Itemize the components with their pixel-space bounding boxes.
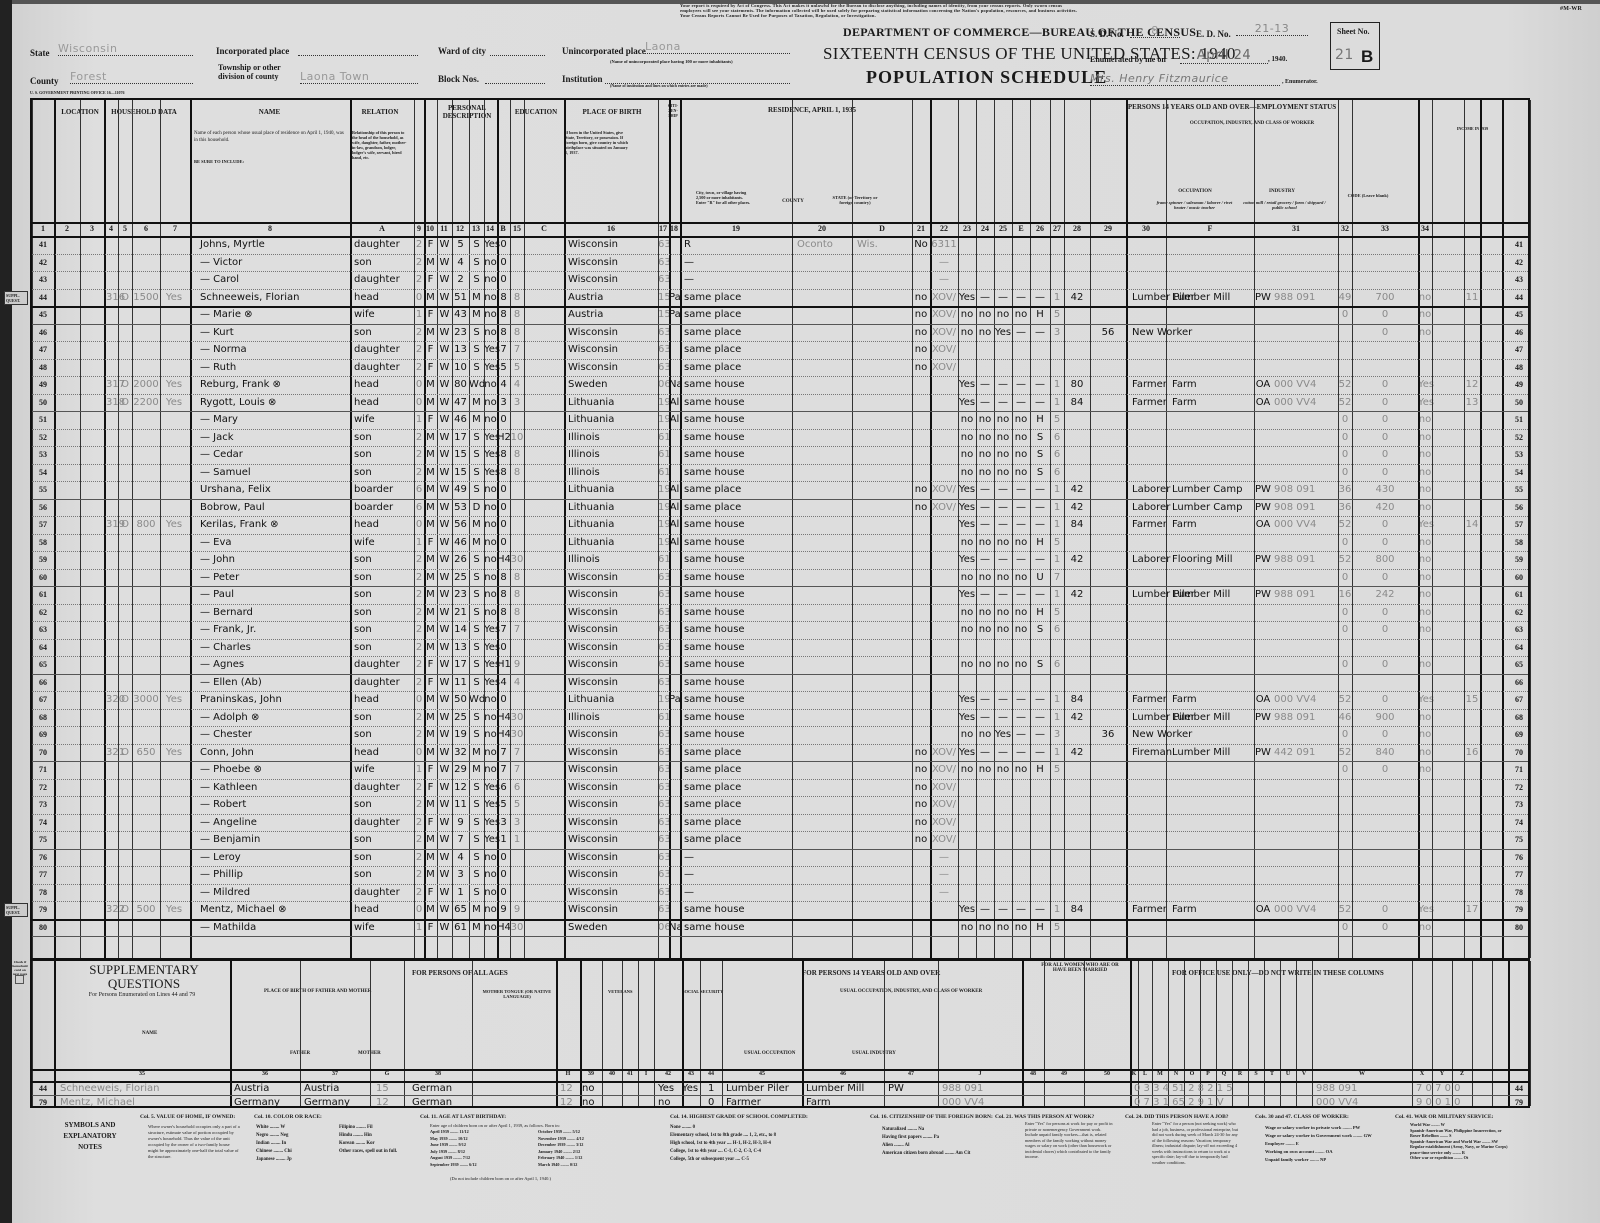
- code-f[interactable]: 000 VV4: [1274, 379, 1316, 390]
- relation[interactable]: son: [354, 799, 372, 810]
- work-status[interactable]: no: [976, 537, 994, 548]
- work-status[interactable]: —: [994, 397, 1012, 408]
- race[interactable]: W: [437, 624, 452, 635]
- wage-income[interactable]: 0: [1352, 607, 1418, 618]
- household-number[interactable]: 322: [106, 904, 118, 915]
- other-income[interactable]: no: [1418, 747, 1432, 758]
- age[interactable]: 61: [452, 922, 469, 933]
- work-status[interactable]: Yes: [958, 904, 976, 915]
- hours-worked[interactable]: 84: [1064, 694, 1090, 705]
- age[interactable]: 2: [452, 274, 469, 285]
- wage-income[interactable]: 840: [1352, 747, 1418, 758]
- code-a[interactable]: 2: [414, 274, 424, 285]
- wage-income[interactable]: 0: [1352, 904, 1418, 915]
- class-of-worker[interactable]: OA: [1254, 694, 1272, 705]
- person-name[interactable]: — Jack: [200, 432, 234, 443]
- work-status[interactable]: Yes: [958, 379, 976, 390]
- person-name[interactable]: — Bernard: [200, 607, 253, 618]
- father-birthplace[interactable]: Germany: [234, 1097, 280, 1108]
- work-status[interactable]: —: [1030, 292, 1050, 303]
- attended-school[interactable]: Yes: [484, 239, 497, 250]
- farm-household[interactable]: Yes: [160, 747, 188, 758]
- age[interactable]: 1: [452, 887, 469, 898]
- relation[interactable]: son: [354, 589, 372, 600]
- incorporated-field[interactable]: [298, 48, 418, 56]
- residence-1935[interactable]: same place: [684, 344, 741, 355]
- work-status[interactable]: —: [976, 747, 994, 758]
- code-a[interactable]: 1: [414, 414, 424, 425]
- code-b[interactable]: 30: [510, 712, 524, 723]
- code-b[interactable]: 8: [510, 327, 524, 338]
- code-f[interactable]: 000 VV4: [1274, 519, 1316, 530]
- code-d[interactable]: XOV/: [930, 502, 958, 513]
- residence-1935[interactable]: same place: [684, 834, 741, 845]
- home-value[interactable]: 2200: [132, 397, 160, 408]
- code-c[interactable]: 19: [658, 502, 669, 513]
- race[interactable]: W: [437, 502, 452, 513]
- work-status[interactable]: —: [1012, 729, 1030, 740]
- work-status[interactable]: 3: [1050, 327, 1064, 338]
- person-name[interactable]: Urshana, Felix: [200, 484, 271, 495]
- birthplace[interactable]: Wisconsin: [568, 239, 618, 250]
- wage-income[interactable]: 0: [1352, 519, 1418, 530]
- birthplace[interactable]: Wisconsin: [568, 659, 618, 670]
- work-status[interactable]: 1: [1050, 397, 1064, 408]
- code-b[interactable]: 7: [510, 344, 524, 355]
- age[interactable]: 21: [452, 607, 469, 618]
- on-farm[interactable]: no: [912, 817, 930, 828]
- work-status[interactable]: —: [1012, 519, 1030, 530]
- work-status[interactable]: 6: [1050, 449, 1064, 460]
- code-c[interactable]: 61: [658, 432, 669, 443]
- home-value[interactable]: 3000: [132, 694, 160, 705]
- residence-1935[interactable]: —: [684, 869, 694, 880]
- work-status[interactable]: Yes: [958, 397, 976, 408]
- work-status[interactable]: S: [1030, 624, 1050, 635]
- marital-status[interactable]: M: [469, 904, 484, 915]
- birthplace[interactable]: Wisconsin: [568, 327, 618, 338]
- code-g[interactable]: 12: [376, 1097, 389, 1108]
- work-status[interactable]: 1: [1050, 502, 1064, 513]
- age[interactable]: 13: [452, 344, 469, 355]
- person-name[interactable]: — Eva: [200, 537, 232, 548]
- code-c[interactable]: 63: [658, 257, 669, 268]
- age[interactable]: 5: [452, 239, 469, 250]
- birthplace[interactable]: Wisconsin: [568, 817, 618, 828]
- code-c[interactable]: 19: [658, 537, 669, 548]
- relation[interactable]: son: [354, 834, 372, 845]
- work-status[interactable]: —: [994, 484, 1012, 495]
- weeks-worked[interactable]: 0: [1338, 537, 1352, 548]
- work-status[interactable]: no: [994, 572, 1012, 583]
- code-d[interactable]: —: [930, 274, 958, 285]
- code-d[interactable]: XOV/: [930, 799, 958, 810]
- work-status[interactable]: Yes: [958, 292, 976, 303]
- relation[interactable]: wife: [354, 537, 375, 548]
- farm-schedule[interactable]: 16: [1464, 747, 1480, 758]
- code-a[interactable]: 2: [414, 449, 424, 460]
- class-of-worker[interactable]: PW: [1254, 589, 1272, 600]
- relation[interactable]: daughter: [354, 659, 400, 670]
- code-c[interactable]: 63: [658, 274, 669, 285]
- attended-school[interactable]: Yes: [484, 782, 497, 793]
- on-farm[interactable]: no: [912, 834, 930, 845]
- weeks-worked[interactable]: 52: [1338, 379, 1352, 390]
- code-d[interactable]: XOV/: [930, 309, 958, 320]
- marital-status[interactable]: M: [469, 764, 484, 775]
- marital-status[interactable]: M: [469, 292, 484, 303]
- work-status[interactable]: no: [958, 764, 976, 775]
- person-name[interactable]: Rygott, Louis ⊗: [200, 397, 276, 408]
- work-status[interactable]: Yes: [994, 327, 1012, 338]
- farm-schedule[interactable]: 13: [1464, 397, 1480, 408]
- work-status[interactable]: no: [976, 432, 994, 443]
- marital-status[interactable]: M: [469, 309, 484, 320]
- wage-income[interactable]: 0: [1352, 414, 1418, 425]
- birthplace[interactable]: Wisconsin: [568, 572, 618, 583]
- work-status[interactable]: no: [994, 624, 1012, 635]
- code-a[interactable]: 2: [414, 852, 424, 863]
- person-name[interactable]: — Agnes: [200, 659, 244, 670]
- code-a[interactable]: 2: [414, 624, 424, 635]
- occupation[interactable]: Farmer: [1132, 519, 1167, 530]
- code-j[interactable]: 988 091: [942, 1083, 983, 1094]
- person-name[interactable]: — Mathilda: [200, 922, 256, 933]
- work-status[interactable]: no: [994, 467, 1012, 478]
- code-d[interactable]: XOV/: [930, 817, 958, 828]
- wage-income[interactable]: 0: [1352, 694, 1418, 705]
- code-d[interactable]: XOV/: [930, 292, 958, 303]
- marital-status[interactable]: S: [469, 607, 484, 618]
- home-owned[interactable]: O: [120, 397, 130, 408]
- race[interactable]: W: [437, 642, 452, 653]
- work-status[interactable]: no: [1012, 432, 1030, 443]
- residence-1935[interactable]: same house: [684, 397, 745, 408]
- residence-county[interactable]: Oconto: [797, 239, 833, 250]
- work-status[interactable]: 5: [1050, 414, 1064, 425]
- work-status[interactable]: —: [1030, 397, 1050, 408]
- race[interactable]: W: [437, 257, 452, 268]
- age[interactable]: 4: [452, 257, 469, 268]
- attended-school[interactable]: no: [484, 712, 497, 723]
- work-status[interactable]: H: [1030, 764, 1050, 775]
- class-of-worker[interactable]: OA: [1254, 379, 1272, 390]
- wage-income[interactable]: 0: [1352, 432, 1418, 443]
- person-name[interactable]: — Phoebe ⊗: [200, 764, 262, 775]
- work-status[interactable]: —: [994, 904, 1012, 915]
- residence-1935[interactable]: same house: [684, 694, 745, 705]
- work-status[interactable]: no: [958, 624, 976, 635]
- father-birthplace[interactable]: Austria: [234, 1083, 269, 1094]
- birthplace[interactable]: Wisconsin: [568, 274, 618, 285]
- code-f[interactable]: 000 VV4: [1274, 694, 1316, 705]
- age[interactable]: 13: [452, 642, 469, 653]
- work-status[interactable]: —: [994, 747, 1012, 758]
- work-status[interactable]: 5: [1050, 922, 1064, 933]
- weeks-worked[interactable]: 0: [1338, 624, 1352, 635]
- weeks-worked[interactable]: 0: [1338, 572, 1352, 583]
- attended-school[interactable]: Yes: [484, 449, 497, 460]
- birthplace[interactable]: Lithuania: [568, 537, 614, 548]
- code-a[interactable]: 2: [414, 659, 424, 670]
- attended-school[interactable]: no: [484, 292, 497, 303]
- work-status[interactable]: 1: [1050, 554, 1064, 565]
- person-name[interactable]: — Carol: [200, 274, 239, 285]
- birthplace[interactable]: Austria: [568, 292, 603, 303]
- code-d[interactable]: —: [930, 887, 958, 898]
- occupation[interactable]: Laborer: [1132, 484, 1170, 495]
- code-b[interactable]: 3: [510, 817, 524, 828]
- other-income[interactable]: no: [1418, 624, 1432, 635]
- work-status[interactable]: S: [1030, 467, 1050, 478]
- work-status[interactable]: —: [1030, 747, 1050, 758]
- residence-1935[interactable]: same house: [684, 379, 745, 390]
- social-security-number[interactable]: Yes: [658, 1083, 674, 1094]
- race[interactable]: W: [437, 344, 452, 355]
- code-c[interactable]: 63: [658, 834, 669, 845]
- code-c[interactable]: 61: [658, 449, 669, 460]
- marital-status[interactable]: M: [469, 922, 484, 933]
- work-status[interactable]: —: [994, 589, 1012, 600]
- age[interactable]: 11: [452, 799, 469, 810]
- industry[interactable]: Farm: [1172, 904, 1197, 915]
- occupation[interactable]: New Worker: [1132, 327, 1192, 338]
- relation[interactable]: daughter: [354, 239, 400, 250]
- work-status[interactable]: —: [1030, 712, 1050, 723]
- race[interactable]: W: [437, 309, 452, 320]
- on-farm[interactable]: no: [912, 484, 930, 495]
- code-b[interactable]: 3: [510, 397, 524, 408]
- work-status[interactable]: no: [976, 729, 994, 740]
- code-a[interactable]: 2: [414, 467, 424, 478]
- code-g[interactable]: 15: [376, 1083, 389, 1094]
- code-a[interactable]: 2: [414, 677, 424, 688]
- other-income[interactable]: Yes: [1418, 379, 1432, 390]
- relation[interactable]: wife: [354, 764, 375, 775]
- marital-status[interactable]: S: [469, 327, 484, 338]
- race[interactable]: W: [437, 379, 452, 390]
- household-number[interactable]: 321: [106, 747, 118, 758]
- work-status[interactable]: no: [1012, 449, 1030, 460]
- work-status[interactable]: S: [1030, 432, 1050, 443]
- person-name[interactable]: — Samuel: [200, 467, 251, 478]
- race[interactable]: W: [437, 782, 452, 793]
- relation[interactable]: daughter: [354, 887, 400, 898]
- hours-worked[interactable]: 42: [1064, 554, 1090, 565]
- birthplace[interactable]: Illinois: [568, 467, 600, 478]
- code-c[interactable]: 19: [658, 519, 669, 530]
- weeks-worked[interactable]: 0: [1338, 432, 1352, 443]
- work-status[interactable]: no: [994, 764, 1012, 775]
- wage-income[interactable]: 0: [1352, 659, 1418, 670]
- age[interactable]: 10: [452, 362, 469, 373]
- residence-1935[interactable]: same house: [684, 624, 745, 635]
- relation[interactable]: head: [354, 747, 379, 758]
- code-c[interactable]: 63: [658, 729, 669, 740]
- ed-field[interactable]: 21-13: [1236, 22, 1308, 36]
- code-a[interactable]: 2: [414, 257, 424, 268]
- work-status[interactable]: H: [1030, 922, 1050, 933]
- hours-worked[interactable]: 42: [1064, 292, 1090, 303]
- other-income[interactable]: Yes: [1418, 904, 1432, 915]
- code-b[interactable]: 9: [510, 904, 524, 915]
- person-name[interactable]: — Paul: [200, 589, 234, 600]
- office-codes-vz[interactable]: 9 0 0 1 0: [1416, 1097, 1461, 1108]
- code-a[interactable]: 2: [414, 554, 424, 565]
- other-income[interactable]: no: [1418, 589, 1432, 600]
- birthplace[interactable]: Wisconsin: [568, 834, 618, 845]
- race[interactable]: W: [437, 572, 452, 583]
- work-status[interactable]: no: [958, 309, 976, 320]
- weeks-worked[interactable]: 36: [1338, 502, 1352, 513]
- attended-school[interactable]: no: [484, 747, 497, 758]
- attended-school[interactable]: no: [484, 572, 497, 583]
- code-f[interactable]: 000 VV4: [1274, 397, 1316, 408]
- mother-tongue[interactable]: German: [412, 1097, 452, 1108]
- code-a[interactable]: 2: [414, 799, 424, 810]
- industry[interactable]: Lumber Camp: [1172, 502, 1242, 513]
- home-value[interactable]: 500: [132, 904, 160, 915]
- work-status[interactable]: 5: [1050, 764, 1064, 775]
- residence-1935[interactable]: —: [684, 274, 694, 285]
- age[interactable]: 23: [452, 327, 469, 338]
- work-status[interactable]: Yes: [958, 747, 976, 758]
- code-c[interactable]: 63: [658, 607, 669, 618]
- work-status[interactable]: no: [958, 467, 976, 478]
- other-income[interactable]: no: [1418, 572, 1432, 583]
- code-a[interactable]: 2: [414, 607, 424, 618]
- race[interactable]: W: [437, 449, 452, 460]
- weeks-worked[interactable]: 0: [1338, 414, 1352, 425]
- mother-tongue[interactable]: German: [412, 1083, 452, 1094]
- work-status[interactable]: H: [1030, 607, 1050, 618]
- marital-status[interactable]: S: [469, 239, 484, 250]
- code-c[interactable]: 63: [658, 817, 669, 828]
- age[interactable]: 3: [452, 869, 469, 880]
- residence-1935[interactable]: —: [684, 852, 694, 863]
- race[interactable]: W: [437, 239, 452, 250]
- work-status[interactable]: S: [1030, 449, 1050, 460]
- birthplace[interactable]: Lithuania: [568, 694, 614, 705]
- work-status[interactable]: —: [976, 694, 994, 705]
- work-status[interactable]: Yes: [958, 519, 976, 530]
- code-c[interactable]: 63: [658, 764, 669, 775]
- relation[interactable]: son: [354, 642, 372, 653]
- person-name[interactable]: — Chester: [200, 729, 252, 740]
- work-status[interactable]: —: [976, 712, 994, 723]
- weeks-worked[interactable]: 52: [1338, 694, 1352, 705]
- code-c[interactable]: 61: [658, 712, 669, 723]
- relation[interactable]: daughter: [354, 344, 400, 355]
- class-of-worker[interactable]: PW: [1254, 502, 1272, 513]
- class-of-worker[interactable]: PW: [1254, 554, 1272, 565]
- relation[interactable]: daughter: [354, 817, 400, 828]
- residence-1935[interactable]: same place: [684, 327, 741, 338]
- work-status[interactable]: —: [976, 519, 994, 530]
- work-status[interactable]: —: [1030, 589, 1050, 600]
- relation[interactable]: head: [354, 519, 379, 530]
- weeks-worked[interactable]: 0: [1338, 467, 1352, 478]
- office-codes-vz[interactable]: 7 0 7 0 0: [1416, 1083, 1461, 1094]
- code-c[interactable]: 63: [658, 327, 669, 338]
- birthplace[interactable]: Lithuania: [568, 484, 614, 495]
- veteran[interactable]: no: [582, 1097, 594, 1108]
- code-a[interactable]: 2: [414, 327, 424, 338]
- class-of-worker[interactable]: PW: [1254, 747, 1272, 758]
- attended-school[interactable]: Yes: [484, 362, 497, 373]
- hours-worked[interactable]: 84: [1064, 904, 1090, 915]
- office-codes[interactable]: 0 3 3 4 51 2 8 2 1 5: [1134, 1083, 1233, 1094]
- marital-status[interactable]: S: [469, 887, 484, 898]
- other-income[interactable]: no: [1418, 712, 1432, 723]
- work-status[interactable]: H: [1030, 309, 1050, 320]
- class-of-worker[interactable]: PW: [1254, 712, 1272, 723]
- work-status[interactable]: no: [994, 449, 1012, 460]
- residence-1935[interactable]: same house: [684, 449, 745, 460]
- work-status[interactable]: no: [1012, 572, 1030, 583]
- age[interactable]: 46: [452, 537, 469, 548]
- code-c[interactable]: 63: [658, 852, 669, 863]
- attended-school[interactable]: no: [484, 922, 497, 933]
- birthplace[interactable]: Sweden: [568, 922, 608, 933]
- code-c[interactable]: 19: [658, 484, 669, 495]
- marital-status[interactable]: D: [469, 502, 484, 513]
- hours-worked[interactable]: 84: [1064, 519, 1090, 530]
- attended-school[interactable]: Yes: [484, 642, 497, 653]
- work-status[interactable]: 1: [1050, 379, 1064, 390]
- code-a[interactable]: 2: [414, 642, 424, 653]
- race[interactable]: W: [437, 729, 452, 740]
- attended-school[interactable]: no: [484, 764, 497, 775]
- marital-status[interactable]: S: [469, 467, 484, 478]
- person-name[interactable]: — John: [200, 554, 235, 565]
- work-status[interactable]: no: [994, 537, 1012, 548]
- marital-status[interactable]: S: [469, 257, 484, 268]
- birthplace[interactable]: Lithuania: [568, 414, 614, 425]
- person-name[interactable]: Mentz, Michael ⊗: [200, 904, 287, 915]
- work-status[interactable]: —: [1012, 484, 1030, 495]
- person-name[interactable]: — Benjamin: [200, 834, 260, 845]
- marital-status[interactable]: S: [469, 834, 484, 845]
- relation[interactable]: head: [354, 292, 379, 303]
- person-name[interactable]: — Kurt: [200, 327, 234, 338]
- work-status[interactable]: no: [1012, 607, 1030, 618]
- code-c[interactable]: 63: [658, 782, 669, 793]
- race[interactable]: W: [437, 484, 452, 495]
- weeks-worked[interactable]: 0: [1338, 922, 1352, 933]
- person-name[interactable]: Reburg, Frank ⊗: [200, 379, 281, 390]
- age[interactable]: 51: [452, 292, 469, 303]
- unemployment-duration[interactable]: 56: [1090, 327, 1126, 338]
- marital-status[interactable]: S: [469, 869, 484, 880]
- relation[interactable]: wife: [354, 309, 375, 320]
- birthplace[interactable]: Wisconsin: [568, 747, 618, 758]
- code-d[interactable]: —: [930, 869, 958, 880]
- work-status[interactable]: 1: [1050, 519, 1064, 530]
- attended-school[interactable]: no: [484, 887, 497, 898]
- hours-worked[interactable]: 42: [1064, 502, 1090, 513]
- code-b[interactable]: 8: [510, 309, 524, 320]
- code-d[interactable]: XOV/: [930, 344, 958, 355]
- relation[interactable]: daughter: [354, 362, 400, 373]
- work-status[interactable]: no: [976, 922, 994, 933]
- person-name[interactable]: — Cedar: [200, 449, 243, 460]
- race[interactable]: W: [437, 764, 452, 775]
- attended-school[interactable]: Yes: [484, 799, 497, 810]
- wage-income[interactable]: 0: [1352, 467, 1418, 478]
- residence-1935[interactable]: R: [684, 239, 691, 250]
- residence-1935[interactable]: same place: [684, 292, 741, 303]
